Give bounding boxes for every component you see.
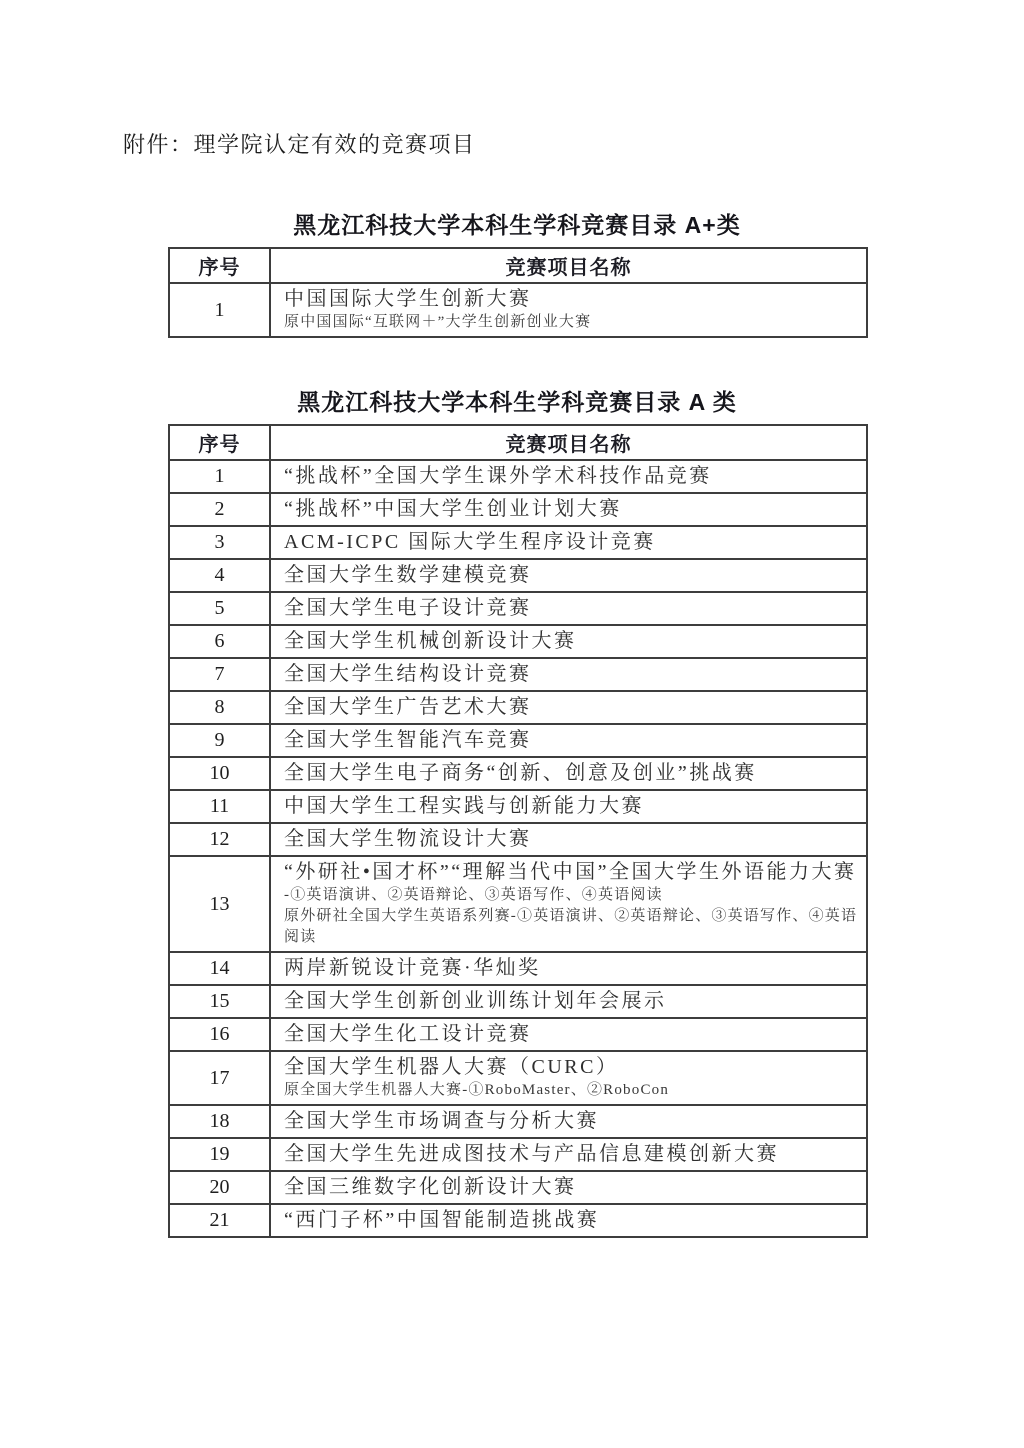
competition-name-cell: 全国大学生机械创新设计大赛	[270, 625, 867, 658]
table-row: 18全国大学生市场调查与分析大赛	[169, 1105, 867, 1138]
row-serial-number: 2	[169, 493, 270, 526]
row-serial-number: 15	[169, 985, 270, 1018]
competition-name-cell: 全国大学生结构设计竞赛	[270, 658, 867, 691]
competition-name: 全国大学生电子设计竞赛	[284, 595, 858, 621]
document-page: 附件：理学院认定有效的竞赛项目 黑龙江科技大学本科生学科竞赛目录 A+类 序号 …	[0, 0, 1024, 1448]
row-serial-number: 1	[169, 283, 270, 337]
section-a: 黑龙江科技大学本科生学科竞赛目录 A 类 序号 竞赛项目名称 1“挑战杯”全国大…	[168, 389, 866, 1238]
competition-name-cell: 全国大学生电子商务“创新、创意及创业”挑战赛	[270, 757, 867, 790]
table-row: 3ACM-ICPC 国际大学生程序设计竞赛	[169, 526, 867, 559]
table-row: 6全国大学生机械创新设计大赛	[169, 625, 867, 658]
competition-name: 全国大学生广告艺术大赛	[284, 694, 858, 720]
table-a-plus-title: 黑龙江科技大学本科生学科竞赛目录 A+类	[168, 212, 866, 238]
competition-name: ACM-ICPC 国际大学生程序设计竞赛	[284, 529, 858, 555]
competition-name: 全国大学生电子商务“创新、创意及创业”挑战赛	[284, 760, 858, 786]
table-row: 4全国大学生数学建模竞赛	[169, 559, 867, 592]
competition-name-cell: 全国大学生创新创业训练计划年会展示	[270, 985, 867, 1018]
header-competition-name: 竞赛项目名称	[270, 248, 867, 283]
competition-former-name: 原外研社全国大学生英语系列赛-①英语演讲、②英语辩论、③英语写作、④英语阅读	[284, 906, 858, 948]
competition-name: 两岸新锐设计竞赛·华灿奖	[284, 955, 858, 981]
competition-former-name: 原全国大学生机器人大赛-①RoboMaster、②RoboCon	[284, 1080, 858, 1101]
competition-name: “西门子杯”中国智能制造挑战赛	[284, 1207, 858, 1233]
competition-name-cell: “西门子杯”中国智能制造挑战赛	[270, 1204, 867, 1237]
competition-name: 全国大学生创新创业训练计划年会展示	[284, 988, 858, 1014]
competition-name: 中国国际大学生创新大赛	[284, 286, 858, 312]
competition-name: 全国大学生机械创新设计大赛	[284, 628, 858, 654]
competition-name: 全国三维数字化创新设计大赛	[284, 1174, 858, 1200]
table-row: 15全国大学生创新创业训练计划年会展示	[169, 985, 867, 1018]
row-serial-number: 6	[169, 625, 270, 658]
table-row: 2“挑战杯”中国大学生创业计划大赛	[169, 493, 867, 526]
row-serial-number: 9	[169, 724, 270, 757]
competition-name-cell: 中国国际大学生创新大赛原中国国际“互联网＋”大学生创新创业大赛	[270, 283, 867, 337]
row-serial-number: 11	[169, 790, 270, 823]
competition-name: “挑战杯”全国大学生课外学术科技作品竞赛	[284, 463, 858, 489]
competition-name-cell: 全国大学生数学建模竞赛	[270, 559, 867, 592]
competition-name: 中国大学生工程实践与创新能力大赛	[284, 793, 858, 819]
competition-name-cell: “挑战杯”全国大学生课外学术科技作品竞赛	[270, 460, 867, 493]
table-row: 7全国大学生结构设计竞赛	[169, 658, 867, 691]
table-row: 12全国大学生物流设计大赛	[169, 823, 867, 856]
table-row: 14两岸新锐设计竞赛·华灿奖	[169, 952, 867, 985]
table-row: 20全国三维数字化创新设计大赛	[169, 1171, 867, 1204]
competition-name: 全国大学生市场调查与分析大赛	[284, 1108, 858, 1134]
competition-name-cell: 全国大学生机器人大赛（CURC）原全国大学生机器人大赛-①RoboMaster、…	[270, 1051, 867, 1105]
table-row: 1“挑战杯”全国大学生课外学术科技作品竞赛	[169, 460, 867, 493]
row-serial-number: 8	[169, 691, 270, 724]
competition-name-cell: 全国三维数字化创新设计大赛	[270, 1171, 867, 1204]
competition-name: 全国大学生物流设计大赛	[284, 826, 858, 852]
competition-name: 全国大学生智能汽车竞赛	[284, 727, 858, 753]
header-competition-name: 竞赛项目名称	[270, 425, 867, 460]
competition-name: 全国大学生结构设计竞赛	[284, 661, 858, 687]
competition-table-a-plus: 序号 竞赛项目名称 1中国国际大学生创新大赛原中国国际“互联网＋”大学生创新创业…	[168, 247, 868, 338]
competition-name: 全国大学生机器人大赛（CURC）	[284, 1054, 858, 1080]
header-serial-number: 序号	[169, 425, 270, 460]
table-row: 5全国大学生电子设计竞赛	[169, 592, 867, 625]
row-serial-number: 19	[169, 1138, 270, 1171]
table-header-row: 序号 竞赛项目名称	[169, 248, 867, 283]
row-serial-number: 3	[169, 526, 270, 559]
competition-name: “挑战杯”中国大学生创业计划大赛	[284, 496, 858, 522]
row-serial-number: 14	[169, 952, 270, 985]
row-serial-number: 17	[169, 1051, 270, 1105]
row-serial-number: 20	[169, 1171, 270, 1204]
competition-name-cell: 全国大学生市场调查与分析大赛	[270, 1105, 867, 1138]
row-serial-number: 18	[169, 1105, 270, 1138]
competition-former-name: -①英语演讲、②英语辩论、③英语写作、④英语阅读	[284, 885, 858, 906]
table-row: 16全国大学生化工设计竞赛	[169, 1018, 867, 1051]
competition-name: 全国大学生数学建模竞赛	[284, 562, 858, 588]
row-serial-number: 13	[169, 856, 270, 952]
header-serial-number: 序号	[169, 248, 270, 283]
row-serial-number: 1	[169, 460, 270, 493]
competition-name: 全国大学生化工设计竞赛	[284, 1021, 858, 1047]
section-a-plus: 黑龙江科技大学本科生学科竞赛目录 A+类 序号 竞赛项目名称 1中国国际大学生创…	[168, 212, 866, 338]
row-serial-number: 7	[169, 658, 270, 691]
table-header-row: 序号 竞赛项目名称	[169, 425, 867, 460]
table-row: 8全国大学生广告艺术大赛	[169, 691, 867, 724]
competition-name-cell: ACM-ICPC 国际大学生程序设计竞赛	[270, 526, 867, 559]
competition-name: “外研社•国才杯”“理解当代中国”全国大学生外语能力大赛	[284, 859, 858, 885]
competition-table-a: 序号 竞赛项目名称 1“挑战杯”全国大学生课外学术科技作品竞赛2“挑战杯”中国大…	[168, 424, 868, 1238]
row-serial-number: 10	[169, 757, 270, 790]
competition-name-cell: 两岸新锐设计竞赛·华灿奖	[270, 952, 867, 985]
table-row: 17全国大学生机器人大赛（CURC）原全国大学生机器人大赛-①RoboMaste…	[169, 1051, 867, 1105]
row-serial-number: 16	[169, 1018, 270, 1051]
row-serial-number: 5	[169, 592, 270, 625]
competition-name-cell: 全国大学生电子设计竞赛	[270, 592, 867, 625]
competition-name-cell: 全国大学生化工设计竞赛	[270, 1018, 867, 1051]
table-row: 13“外研社•国才杯”“理解当代中国”全国大学生外语能力大赛-①英语演讲、②英语…	[169, 856, 867, 952]
competition-name-cell: “挑战杯”中国大学生创业计划大赛	[270, 493, 867, 526]
competition-name-cell: 中国大学生工程实践与创新能力大赛	[270, 790, 867, 823]
competition-name: 全国大学生先进成图技术与产品信息建模创新大赛	[284, 1141, 858, 1167]
table-row: 11中国大学生工程实践与创新能力大赛	[169, 790, 867, 823]
competition-name-cell: 全国大学生智能汽车竞赛	[270, 724, 867, 757]
competition-former-name: 原中国国际“互联网＋”大学生创新创业大赛	[284, 312, 858, 333]
competition-name-cell: 全国大学生先进成图技术与产品信息建模创新大赛	[270, 1138, 867, 1171]
row-serial-number: 4	[169, 559, 270, 592]
table-row: 21“西门子杯”中国智能制造挑战赛	[169, 1204, 867, 1237]
competition-name-cell: 全国大学生广告艺术大赛	[270, 691, 867, 724]
table-row: 1中国国际大学生创新大赛原中国国际“互联网＋”大学生创新创业大赛	[169, 283, 867, 337]
table-row: 19全国大学生先进成图技术与产品信息建模创新大赛	[169, 1138, 867, 1171]
table-row: 9全国大学生智能汽车竞赛	[169, 724, 867, 757]
table-a-title: 黑龙江科技大学本科生学科竞赛目录 A 类	[168, 389, 866, 415]
attachment-heading: 附件：理学院认定有效的竞赛项目	[123, 128, 476, 159]
competition-name-cell: “外研社•国才杯”“理解当代中国”全国大学生外语能力大赛-①英语演讲、②英语辩论…	[270, 856, 867, 952]
row-serial-number: 21	[169, 1204, 270, 1237]
table-row: 10全国大学生电子商务“创新、创意及创业”挑战赛	[169, 757, 867, 790]
row-serial-number: 12	[169, 823, 270, 856]
competition-name-cell: 全国大学生物流设计大赛	[270, 823, 867, 856]
